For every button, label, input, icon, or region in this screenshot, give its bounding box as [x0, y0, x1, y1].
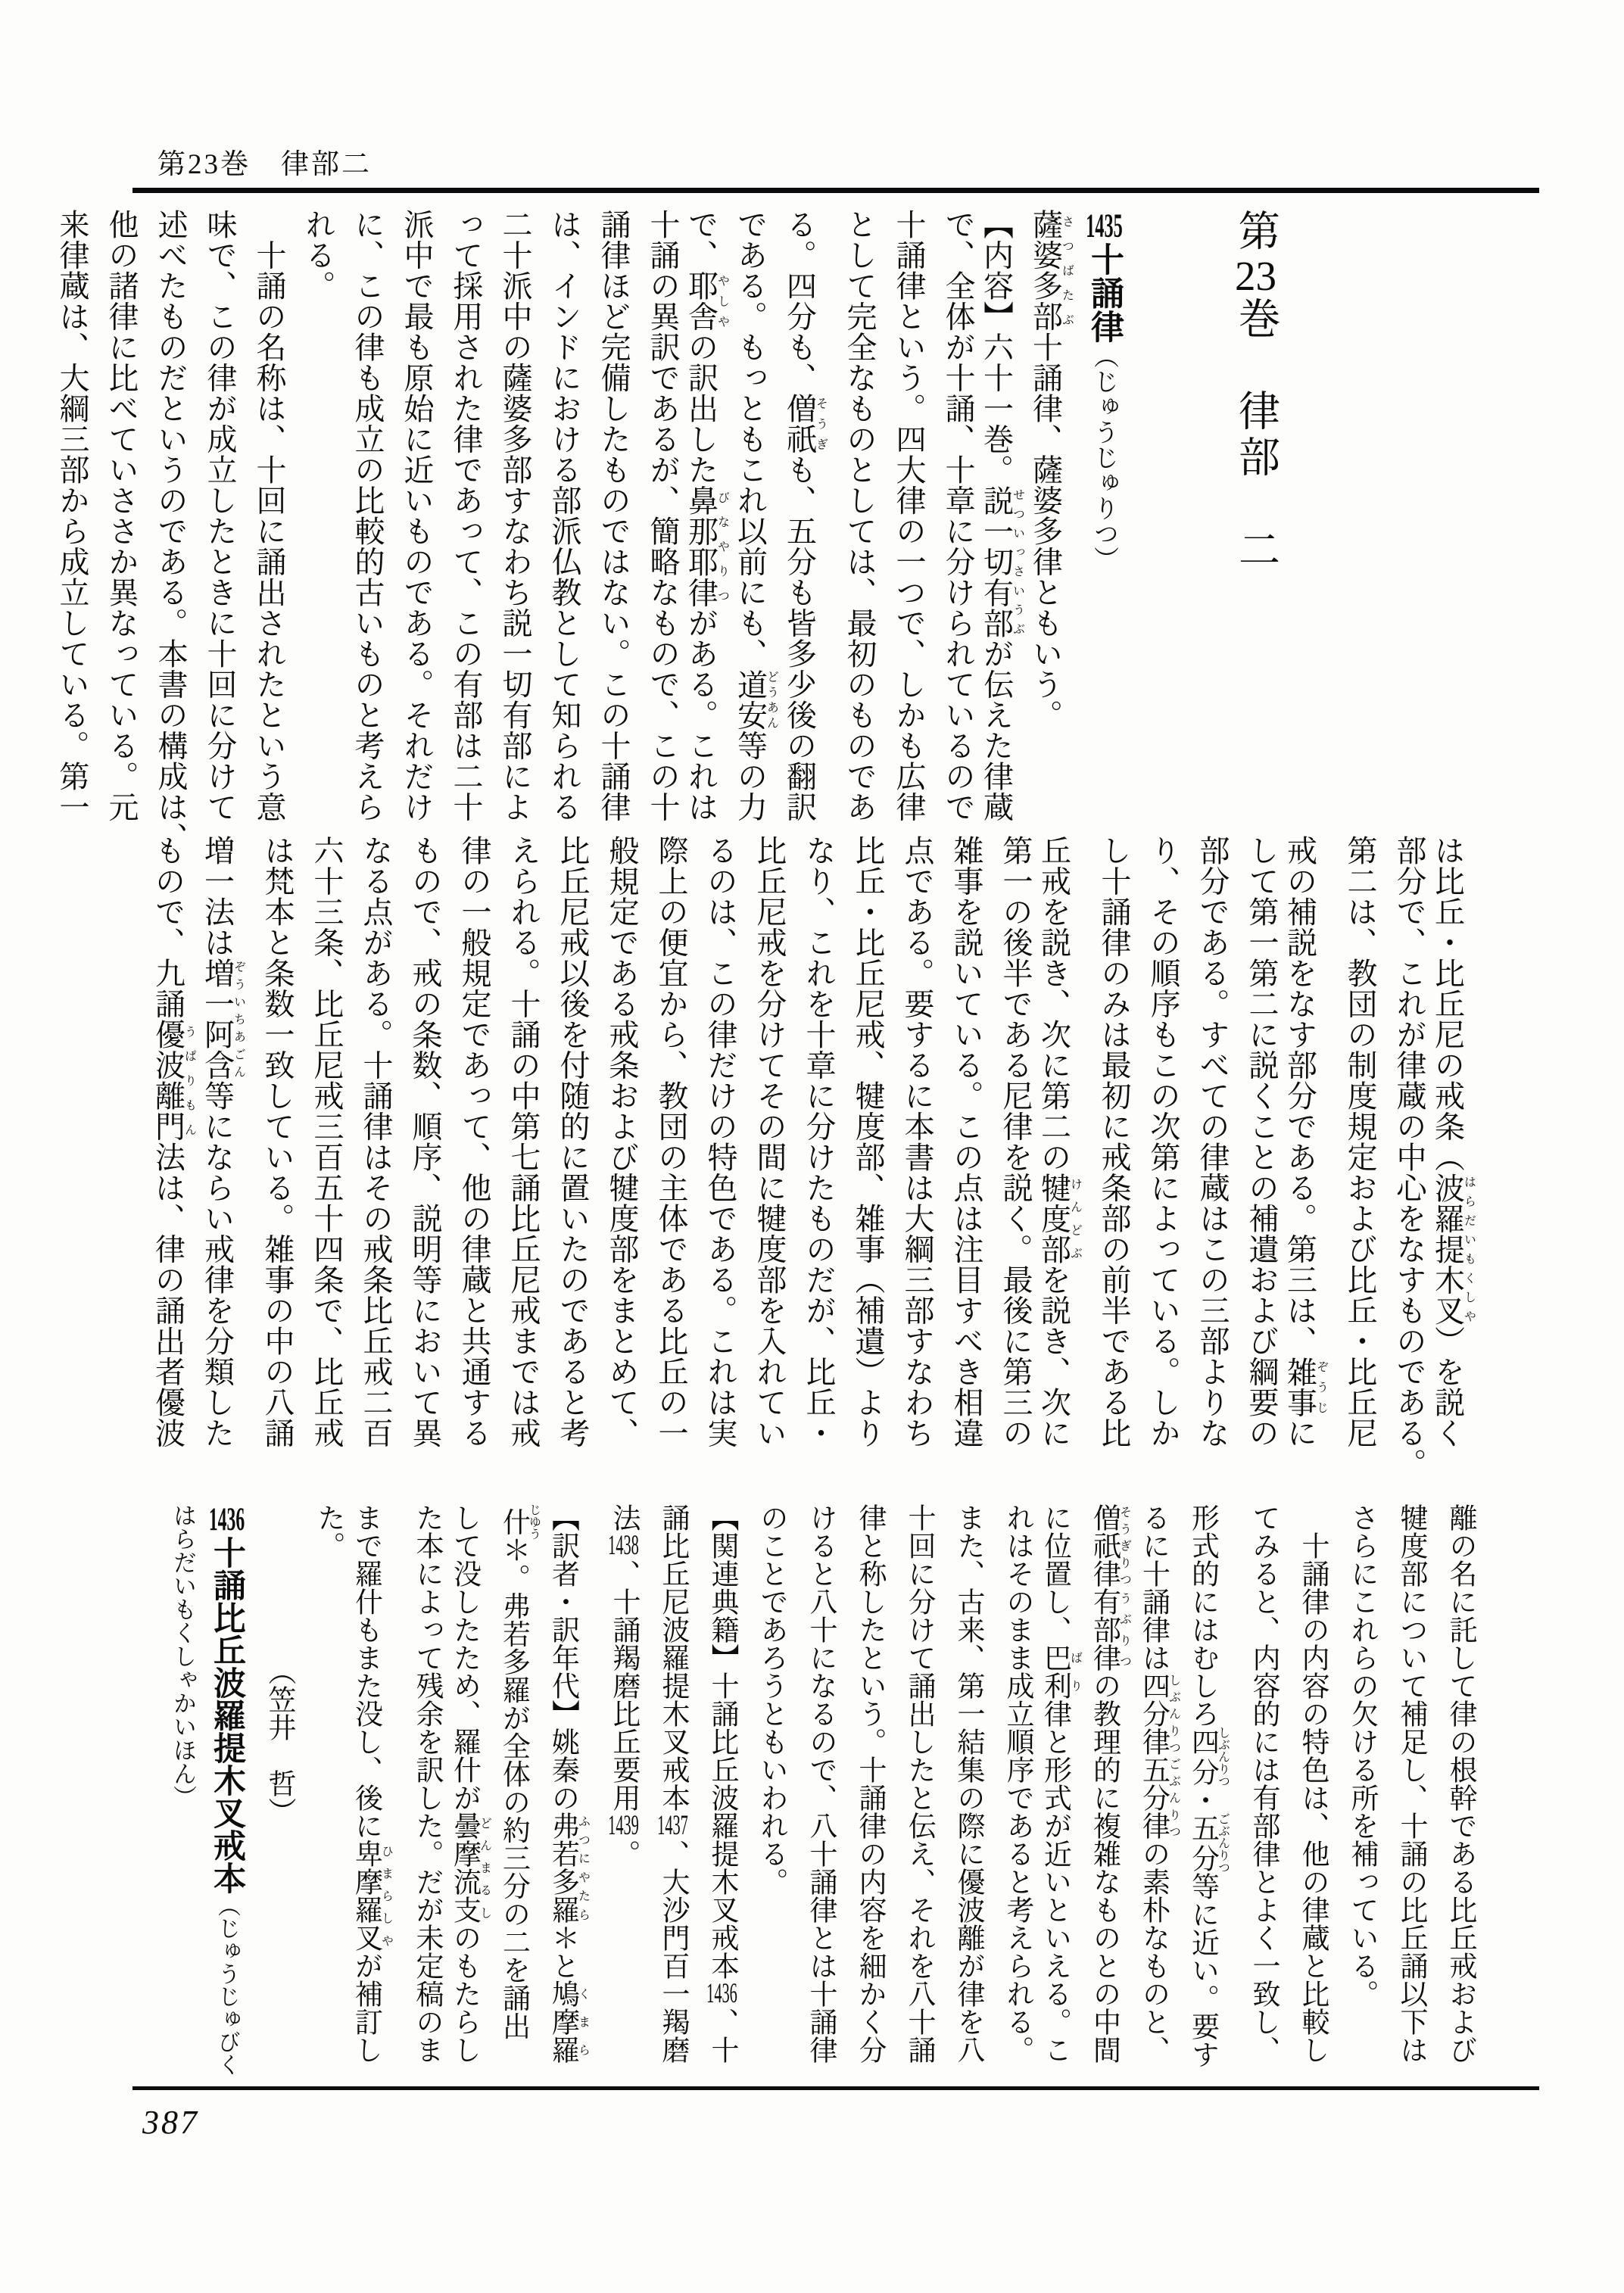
- text-run: 等に近い。要す: [1187, 1872, 1218, 2068]
- ruby-text: 巴利ばり: [1040, 1643, 1071, 1699]
- text-run: 法は、律の誦出者優波: [151, 1142, 185, 1448]
- text-column: って採用された律であって、この有部は二十: [450, 209, 482, 883]
- text-run: れる。: [301, 209, 335, 301]
- text-column: 部分で、これが律蔵の中心をなすものである。: [1394, 835, 1426, 1513]
- text-column: また、古来、第一結集の際に優波離が律を八: [952, 1503, 983, 2079]
- text-column: 法1438、十誦羯磨比丘要用1439。: [608, 1503, 638, 2079]
- text-column: 離の名に託して律の根幹である比丘戒および: [1445, 1503, 1475, 2079]
- ruby-text: 四分律しぶんりつ: [1138, 1671, 1169, 1756]
- text-column: れはそのまま成立順序であると考えられる。: [1002, 1503, 1032, 2079]
- running-head: 第23巻 律部二: [157, 141, 372, 182]
- text-run: 【訳者・訳年代】姚秦の: [547, 1503, 578, 1812]
- text-run: の素朴なものと、: [1138, 1840, 1169, 2064]
- ruby-text: 曇摩流支どんまるし: [449, 1812, 480, 1924]
- inline-number: 1436: [209, 1503, 245, 1536]
- text-run: 、大沙門百一羯磨: [657, 1840, 688, 2064]
- text-run: まで羅什もまた没し、後に: [351, 1503, 382, 1840]
- text-run: 律と形式が近いといえる。こ: [1040, 1699, 1071, 2064]
- text-run: はらだいもくしゃかいほん）: [170, 1503, 196, 1809]
- ruby-text: 五分ごぶんりつ: [1187, 1814, 1218, 1872]
- text-run: 雑事を説いている。この点は注目すべき相違: [949, 835, 983, 1448]
- text-band-2: は比丘・比丘尼の戒条（波羅提木叉はらだいもくしや）を説く部分で、これが律蔵の中心…: [146, 835, 1475, 1513]
- text-run: で、全体が十誦、十章に分けられているので: [941, 209, 975, 822]
- text-run: として完全なものとしては、最初のものであ: [843, 209, 877, 822]
- sig-column: （笠井 哲）: [263, 1503, 294, 2079]
- text-column: 薩婆多部さつばたぶ十誦律、薩婆多律ともいう。: [1041, 209, 1073, 883]
- text-column: るのは、この律だけの特色である。これは実: [705, 835, 737, 1513]
- text-run: 般規定である戒条および犍度部をまとめて、: [605, 835, 639, 1448]
- text-run: 第一の後半である尼律を説く。最後に第三の: [999, 835, 1033, 1448]
- text-run: ）を説く: [1431, 1326, 1465, 1448]
- text-column: 二十派中の薩婆多部すなわち説一切有部によ: [500, 209, 531, 883]
- tail-column: はらだいもくしゃかいほん）: [165, 1503, 195, 2079]
- text-run: 比丘尼戒以後を付随的に置いたのであると考: [556, 835, 590, 1448]
- text-run: 誦比丘尼波羅提木叉戒本: [657, 1503, 688, 1812]
- text-column: 第二は、教団の制度規定および比丘・比丘尼: [1345, 835, 1376, 1513]
- ruby-text: 僧祇律そうぎりつ: [1089, 1503, 1120, 1587]
- ruby-text: 犍度部けんどぶ: [1037, 1173, 1071, 1265]
- text-column: 派中で最も原始に近いものである。それだけ: [401, 209, 433, 883]
- text-run: た本によって残余を訳した。だが未定稿のま: [411, 1503, 442, 2064]
- text-run: 第: [1233, 209, 1279, 255]
- ruby-text: 有部律うぶりつ: [1089, 1587, 1120, 1671]
- title-column: 第23巻 律部 二: [1234, 209, 1278, 883]
- text-run: もので、九誦: [151, 835, 185, 1019]
- ruby-text: 鳩摩羅くまら: [547, 1980, 578, 2064]
- text-run: 六十三条、比丘尼戒三百五十四条で、比丘戒: [310, 835, 344, 1448]
- top-rule: [132, 188, 1539, 193]
- text-run: 。: [608, 1840, 639, 1868]
- text-column: るに十誦律は四分律しぶんりつ五分律ごぶんりつの素朴なものと、: [1149, 1503, 1180, 2079]
- text-column: 比丘尼戒を分けてその間に犍度部を入れてい: [754, 835, 786, 1513]
- text-run: 増一法は: [201, 835, 235, 958]
- text-run: がある。これは: [684, 608, 718, 823]
- ruby-text: 説一切有部せついっさいうぶ: [980, 485, 1014, 639]
- text-column: なり、これを十章に分けたものだが、比丘・: [803, 835, 835, 1513]
- text-column: 雑事を説いている。この点は注目すべき相違: [951, 835, 983, 1513]
- text-column: 点である。要するに本書は大綱三部すなわち: [902, 835, 934, 1513]
- text-run: ＊と: [547, 1924, 578, 1980]
- text-column: 十誦律という。四大律の一つで、しかも広律: [893, 209, 925, 883]
- text-column: 他の諸律に比べていささか異なっている。元: [106, 209, 138, 883]
- text-run: に位置し、: [1040, 1503, 1071, 1643]
- text-run: 律と称したという。十誦律の内容を細かく分: [854, 1503, 885, 2064]
- ruby-text: 道安どうあん: [734, 669, 768, 731]
- text-column: で、全体が十誦、十章に分けられているので: [943, 209, 974, 883]
- text-run: 十誦律という。四大律の一つで、しかも広律: [892, 209, 926, 822]
- text-column: として完全なものとしては、最初のものであ: [844, 209, 876, 883]
- text-column: に、この律も成立の比較的古いものと考えら: [352, 209, 384, 883]
- text-column: 丘戒を説き、次に第二の犍度部けんどぶを説き、次に: [1049, 835, 1081, 1513]
- text-column: して第一第二に説くことの補遺および綱要の: [1246, 835, 1278, 1513]
- text-column: 六十三条、比丘尼戒三百五十四条で、比丘戒: [311, 835, 343, 1513]
- text-run: 派中で最も原始に近いものである。それだけ: [400, 209, 434, 822]
- text-run: ・: [1187, 1786, 1218, 1814]
- text-run: は比丘・比丘尼の戒条（: [1431, 835, 1465, 1173]
- text-run: も、五分も皆多少後の翻訳: [783, 454, 817, 822]
- text-column: 増一法は増一阿含ぞういちあごん等にならい戒律を分類した: [213, 835, 245, 1513]
- text-column: 十回に分けて誦出したと伝え、それを八十誦: [903, 1503, 934, 2079]
- text-run: 等にならい戒律を分類した: [201, 1080, 235, 1448]
- text-column: は梵本と条数一致している。雑事の中の八誦: [262, 835, 294, 1513]
- ruby-text: 什じゆう: [498, 1503, 529, 1536]
- text-column: 十誦の異訳であるが、簡略なもので、この十: [647, 209, 679, 883]
- text-column: 僧祇律そうぎりつ有部律うぶりつの教理的に複雑なものとの中間: [1100, 1503, 1130, 2079]
- ruby-text: 四分しぶんりつ: [1187, 1728, 1218, 1786]
- ruby-text: 増一阿含ぞういちあごん: [201, 958, 235, 1080]
- text-run: り、その順序もこの次第によっている。しか: [1146, 835, 1180, 1448]
- inline-number: 1436: [706, 1980, 737, 2008]
- text-run: （じゅうじゅびく: [214, 1894, 239, 2076]
- text-run: もので、戒の条数、順序、説明等において異: [408, 835, 442, 1448]
- text-run: は、インドにおける部派仏教として知られる: [547, 209, 581, 822]
- text-column: し十誦律のみは最初に戒条部の前半である比: [1099, 835, 1130, 1513]
- text-run: を説き、次に: [1037, 1264, 1071, 1448]
- ruby-text: 弗若多羅ふつにやたら: [547, 1812, 578, 1924]
- text-run: 際上の便宜から、教団の主体である比丘の一: [654, 835, 688, 1448]
- text-run: 部分で、これが律蔵の中心をなすものである。: [1392, 835, 1426, 1479]
- text-column: 述べたものだというのである。本書の構成は、: [155, 209, 187, 883]
- text-run: 戒の補説をなす部分である。第三は、: [1283, 835, 1317, 1357]
- text-column: は比丘・比丘尼の戒条（波羅提木叉はらだいもくしや）を説く: [1443, 835, 1475, 1513]
- head2-column: 1436十誦比丘波羅提木叉戒本（じゅうじゅびく: [214, 1503, 245, 2079]
- text-run: 二十派中の薩婆多部すなわち説一切有部によ: [498, 209, 532, 822]
- text-run: のもたらし: [449, 1924, 480, 2064]
- text-run: が補訂し: [351, 1952, 382, 2064]
- text-run: る。四分も、: [783, 209, 817, 393]
- text-run: 比丘・比丘尼戒、犍度部、雑事（補遺）より: [851, 835, 885, 1448]
- text-column: 部分である。すべての律蔵はこの三部よりな: [1197, 835, 1229, 1513]
- text-run: るのは、この律だけの特色である。これは実: [703, 835, 737, 1448]
- text-column: る。四分も、僧祇そうぎも、五分も皆多少後の翻訳: [795, 209, 827, 883]
- ruby-text: 鼻那耶律びなやりつ: [684, 485, 718, 608]
- text-run: なる点がある。十誦律はその戒条比丘戒二百: [359, 835, 393, 1448]
- ruby-text: 耶舎やしや: [684, 270, 718, 332]
- text-run: 十誦の名称は、十回に誦出されたという意: [252, 209, 286, 822]
- inline-number: 1439: [608, 1812, 639, 1840]
- text-column: てみると、内容的には有部律とよく一致し、: [1248, 1503, 1278, 2079]
- text-column: 来律蔵は、大綱三部から成立している。第一: [57, 209, 89, 883]
- text-run: 十誦の異訳であるが、簡略なもので、この十: [646, 209, 680, 822]
- text-run: さらにこれらの欠ける所を補っている。: [1346, 1503, 1377, 2008]
- text-column: に位置し、巴利ばり律と形式が近いといえる。こ: [1051, 1503, 1081, 2079]
- text-column: して没したため、羅什が曇摩流支どんまるしのもたらし: [460, 1503, 491, 2079]
- ruby-text: 僧祇そうぎ: [783, 393, 817, 454]
- text-run: 比丘尼戒を分けてその間に犍度部を入れてい: [753, 835, 787, 1448]
- text-run: 来律蔵は、大綱三部から成立している。第一: [55, 209, 89, 822]
- text-run: って採用された律であって、この有部は二十: [449, 209, 483, 822]
- text-run: 十誦律の内容の特色は、他の律蔵と比較し: [1297, 1503, 1328, 2064]
- ruby-text: 雑事ぞうじ: [1283, 1357, 1317, 1418]
- page-number: 387: [142, 2103, 199, 2142]
- inline-number: 23: [1233, 255, 1279, 297]
- text-run: 第二は、教団の制度規定および比丘・比丘尼: [1343, 835, 1377, 1448]
- text-column: れる。: [303, 209, 335, 883]
- text-run: （じゅうじゅりつ）: [1090, 344, 1117, 572]
- ruby-text: 波羅提木叉はらだいもくしや: [1431, 1173, 1465, 1326]
- text-run: 形式的にはむしろ: [1187, 1503, 1218, 1728]
- text-run: 他の諸律に比べていささか異なっている。元: [104, 209, 139, 822]
- text-run: （笠井 哲）: [263, 1657, 295, 1825]
- text-column: 戒の補説をなす部分である。第三は、雑事ぞうじに: [1295, 835, 1327, 1513]
- text-column: 犍度部について補足し、十誦の比丘誦以下は: [1395, 1503, 1426, 2079]
- text-column: 形式的にはむしろ四分しぶんりつ・五分ごぶんりつ等に近い。要す: [1199, 1503, 1229, 2079]
- inline-number: 1435: [1086, 209, 1123, 242]
- text-run: 丘戒を説き、次に第二の: [1037, 835, 1071, 1173]
- text-run: 律の一般規定であって、他の律蔵と共通する: [457, 835, 491, 1448]
- text-column: 十誦律の内容の特色は、他の律蔵と比較し: [1297, 1503, 1327, 2079]
- text-run: の訳出した: [684, 332, 718, 485]
- text-run: ＊。弗若多羅が全体の約三分の二を誦出: [498, 1536, 529, 2040]
- text-run: して没したため、羅什が: [449, 1503, 480, 1812]
- text-column: さらにこれらの欠ける所を補っている。: [1346, 1503, 1376, 2079]
- text-column: 誦比丘尼波羅提木叉戒本1437、大沙門百一羯磨: [657, 1503, 687, 2079]
- text-column: は、インドにおける部派仏教として知られる: [549, 209, 581, 883]
- bottom-rule: [132, 2086, 1539, 2090]
- text-run: 述べたものだというのである。本書の構成は、: [154, 209, 188, 853]
- text-run: 十誦律、薩婆多律ともいう。: [1029, 332, 1063, 731]
- text-run: 、十誦羯磨比丘要用: [608, 1559, 639, 1812]
- text-column: のことであろうともいわれる。: [756, 1503, 786, 2079]
- text-run: し十誦律のみは最初に戒条部の前半である比: [1097, 835, 1131, 1448]
- text-run: れはそのまま成立順序であると考えられる。: [1002, 1503, 1033, 2064]
- text-column: 律と称したという。十誦律の内容を細かく分: [854, 1503, 884, 2079]
- text-run: た。: [313, 1503, 344, 1559]
- text-run: 点である。要するに本書は大綱三部すなわち: [900, 835, 934, 1448]
- text-column: 什じゆう＊。弗若多羅が全体の約三分の二を誦出: [510, 1503, 540, 2079]
- text-column: えられる。十誦の中第七誦比丘尼戒までは戒: [508, 835, 540, 1513]
- text-run: てみると、内容的には有部律とよく一致し、: [1248, 1503, 1279, 2064]
- text-band-3: 離の名に託して律の根幹である比丘戒および犍度部について補足し、十誦の比丘誦以下は…: [146, 1503, 1475, 2079]
- head-column: 1435十誦律（じゅうじゅりつ）: [1090, 209, 1122, 883]
- text-run: るに十誦律は: [1138, 1503, 1169, 1671]
- inline-number: 1438: [608, 1531, 639, 1559]
- text-column: まで羅什もまた没し、後に卑摩羅叉ひまらしやが補訂し: [362, 1503, 392, 2079]
- text-column: もので、九誦優波離門うぱりもん法は、律の誦出者優波: [164, 835, 195, 1513]
- text-run: また、古来、第一結集の際に優波離が律を八: [952, 1503, 983, 2064]
- ruby-text: 優波離門うぱりもん: [151, 1019, 185, 1142]
- text-column: なる点がある。十誦律はその戒条比丘戒二百: [360, 835, 392, 1513]
- ruby-text: 薩婆多部さつばたぶ: [1029, 209, 1063, 332]
- text-column: 十誦の名称は、十回に誦出されたという意: [254, 209, 285, 883]
- ruby-text: 卑摩羅叉ひまらしや: [351, 1840, 382, 1952]
- text-run: 【関連典籍】十誦比丘波羅提木叉戒本: [706, 1503, 737, 1980]
- text-column: で、耶舎やしやの訳出した鼻那耶律びなやりつがある。これは: [697, 209, 728, 883]
- inline-number: 1437: [657, 1812, 688, 1840]
- text-run: 離の名に託して律の根幹である比丘戒および: [1445, 1503, 1476, 2064]
- text-run: のことであろうともいわれる。: [756, 1503, 787, 1896]
- text-run: 十誦律: [1086, 242, 1123, 344]
- text-run: えられる。十誦の中第七誦比丘尼戒までは戒: [507, 835, 541, 1448]
- text-run: の教理的に複雑なものとの中間: [1089, 1671, 1120, 2064]
- text-run: 部分である。すべての律蔵はこの三部よりな: [1195, 835, 1230, 1448]
- text-run: は梵本と条数一致している。雑事の中の八誦: [260, 835, 295, 1448]
- text-column: もので、戒の条数、順序、説明等において異: [410, 835, 441, 1513]
- text-column: た本によって残余を訳した。だが未定稿のま: [411, 1503, 441, 2079]
- ruby-text: 五分律ごぶんりつ: [1138, 1756, 1169, 1840]
- text-run: で、: [684, 209, 718, 270]
- text-column: 般規定である戒条および犍度部をまとめて、: [606, 835, 638, 1513]
- text-run: 味で、この律が成立したときに十回に分けて: [203, 209, 237, 822]
- text-run: に: [1283, 1418, 1317, 1449]
- text-column: 味で、この律が成立したときに十回に分けて: [204, 209, 236, 883]
- text-run: 巻 律部 二: [1233, 297, 1279, 574]
- text-column: 【内容】六十一巻。説一切有部せついっさいうぶが伝えた律蔵: [992, 209, 1024, 883]
- text-column: 律の一般規定であって、他の律蔵と共通する: [459, 835, 491, 1513]
- text-column: である。もっともこれ以前にも、道安どうあん等の力: [746, 209, 778, 883]
- text-column: 【関連典籍】十誦比丘波羅提木叉戒本1436、十: [706, 1503, 737, 2079]
- text-column: り、その順序もこの次第によっている。しか: [1148, 835, 1180, 1513]
- text-run: 等の力: [734, 731, 768, 823]
- text-column: 比丘尼戒以後を付随的に置いたのであると考: [557, 835, 589, 1513]
- text-run: が伝えた律蔵: [980, 638, 1014, 822]
- text-column: けると八十になるので、八十誦律とは十誦律: [805, 1503, 835, 2079]
- text-column: 比丘・比丘尼戒、犍度部、雑事（補遺）より: [853, 835, 884, 1513]
- text-run: なり、これを十章に分けたものだが、比丘・: [802, 835, 836, 1448]
- text-column: た。: [313, 1503, 343, 2079]
- text-run: 【内容】六十一巻。: [980, 209, 1014, 485]
- text-column: 際上の便宜から、教団の主体である比丘の一: [656, 835, 687, 1513]
- text-band-1: 第23巻 律部 二1435十誦律（じゅうじゅりつ）薩婆多部さつばたぶ十誦律、薩婆…: [39, 209, 1408, 883]
- text-run: 、十: [706, 2008, 737, 2064]
- text-run: けると八十になるので、八十誦律とは十誦律: [805, 1503, 836, 2064]
- text-column: 第一の後半である尼律を説く。最後に第三の: [1000, 835, 1032, 1513]
- text-run: 法: [608, 1503, 639, 1531]
- text-column: 【訳者・訳年代】姚秦の弗若多羅ふつにやたら＊と鳩摩羅くまら: [559, 1503, 589, 2079]
- text-run: 誦律ほど完備したものではない。この十誦律: [597, 209, 631, 822]
- dictionary-page: 第23巻 律部二 第23巻 律部 二1435十誦律（じゅうじゅりつ）薩婆多部さつ…: [0, 0, 1624, 2293]
- text-run: 十回に分けて誦出したと伝え、それを八十誦: [903, 1503, 934, 2064]
- text-run: して第一第二に説くことの補遺および綱要の: [1245, 835, 1279, 1448]
- text-column: 誦律ほど完備したものではない。この十誦律: [598, 209, 630, 883]
- text-run: に、この律も成立の比較的古いものと考えら: [351, 209, 385, 822]
- text-run: 犍度部について補足し、十誦の比丘誦以下は: [1395, 1503, 1426, 2064]
- text-run: である。もっともこれ以前にも、: [734, 209, 768, 669]
- text-run: 十誦比丘波羅提木叉戒本: [209, 1536, 245, 1894]
